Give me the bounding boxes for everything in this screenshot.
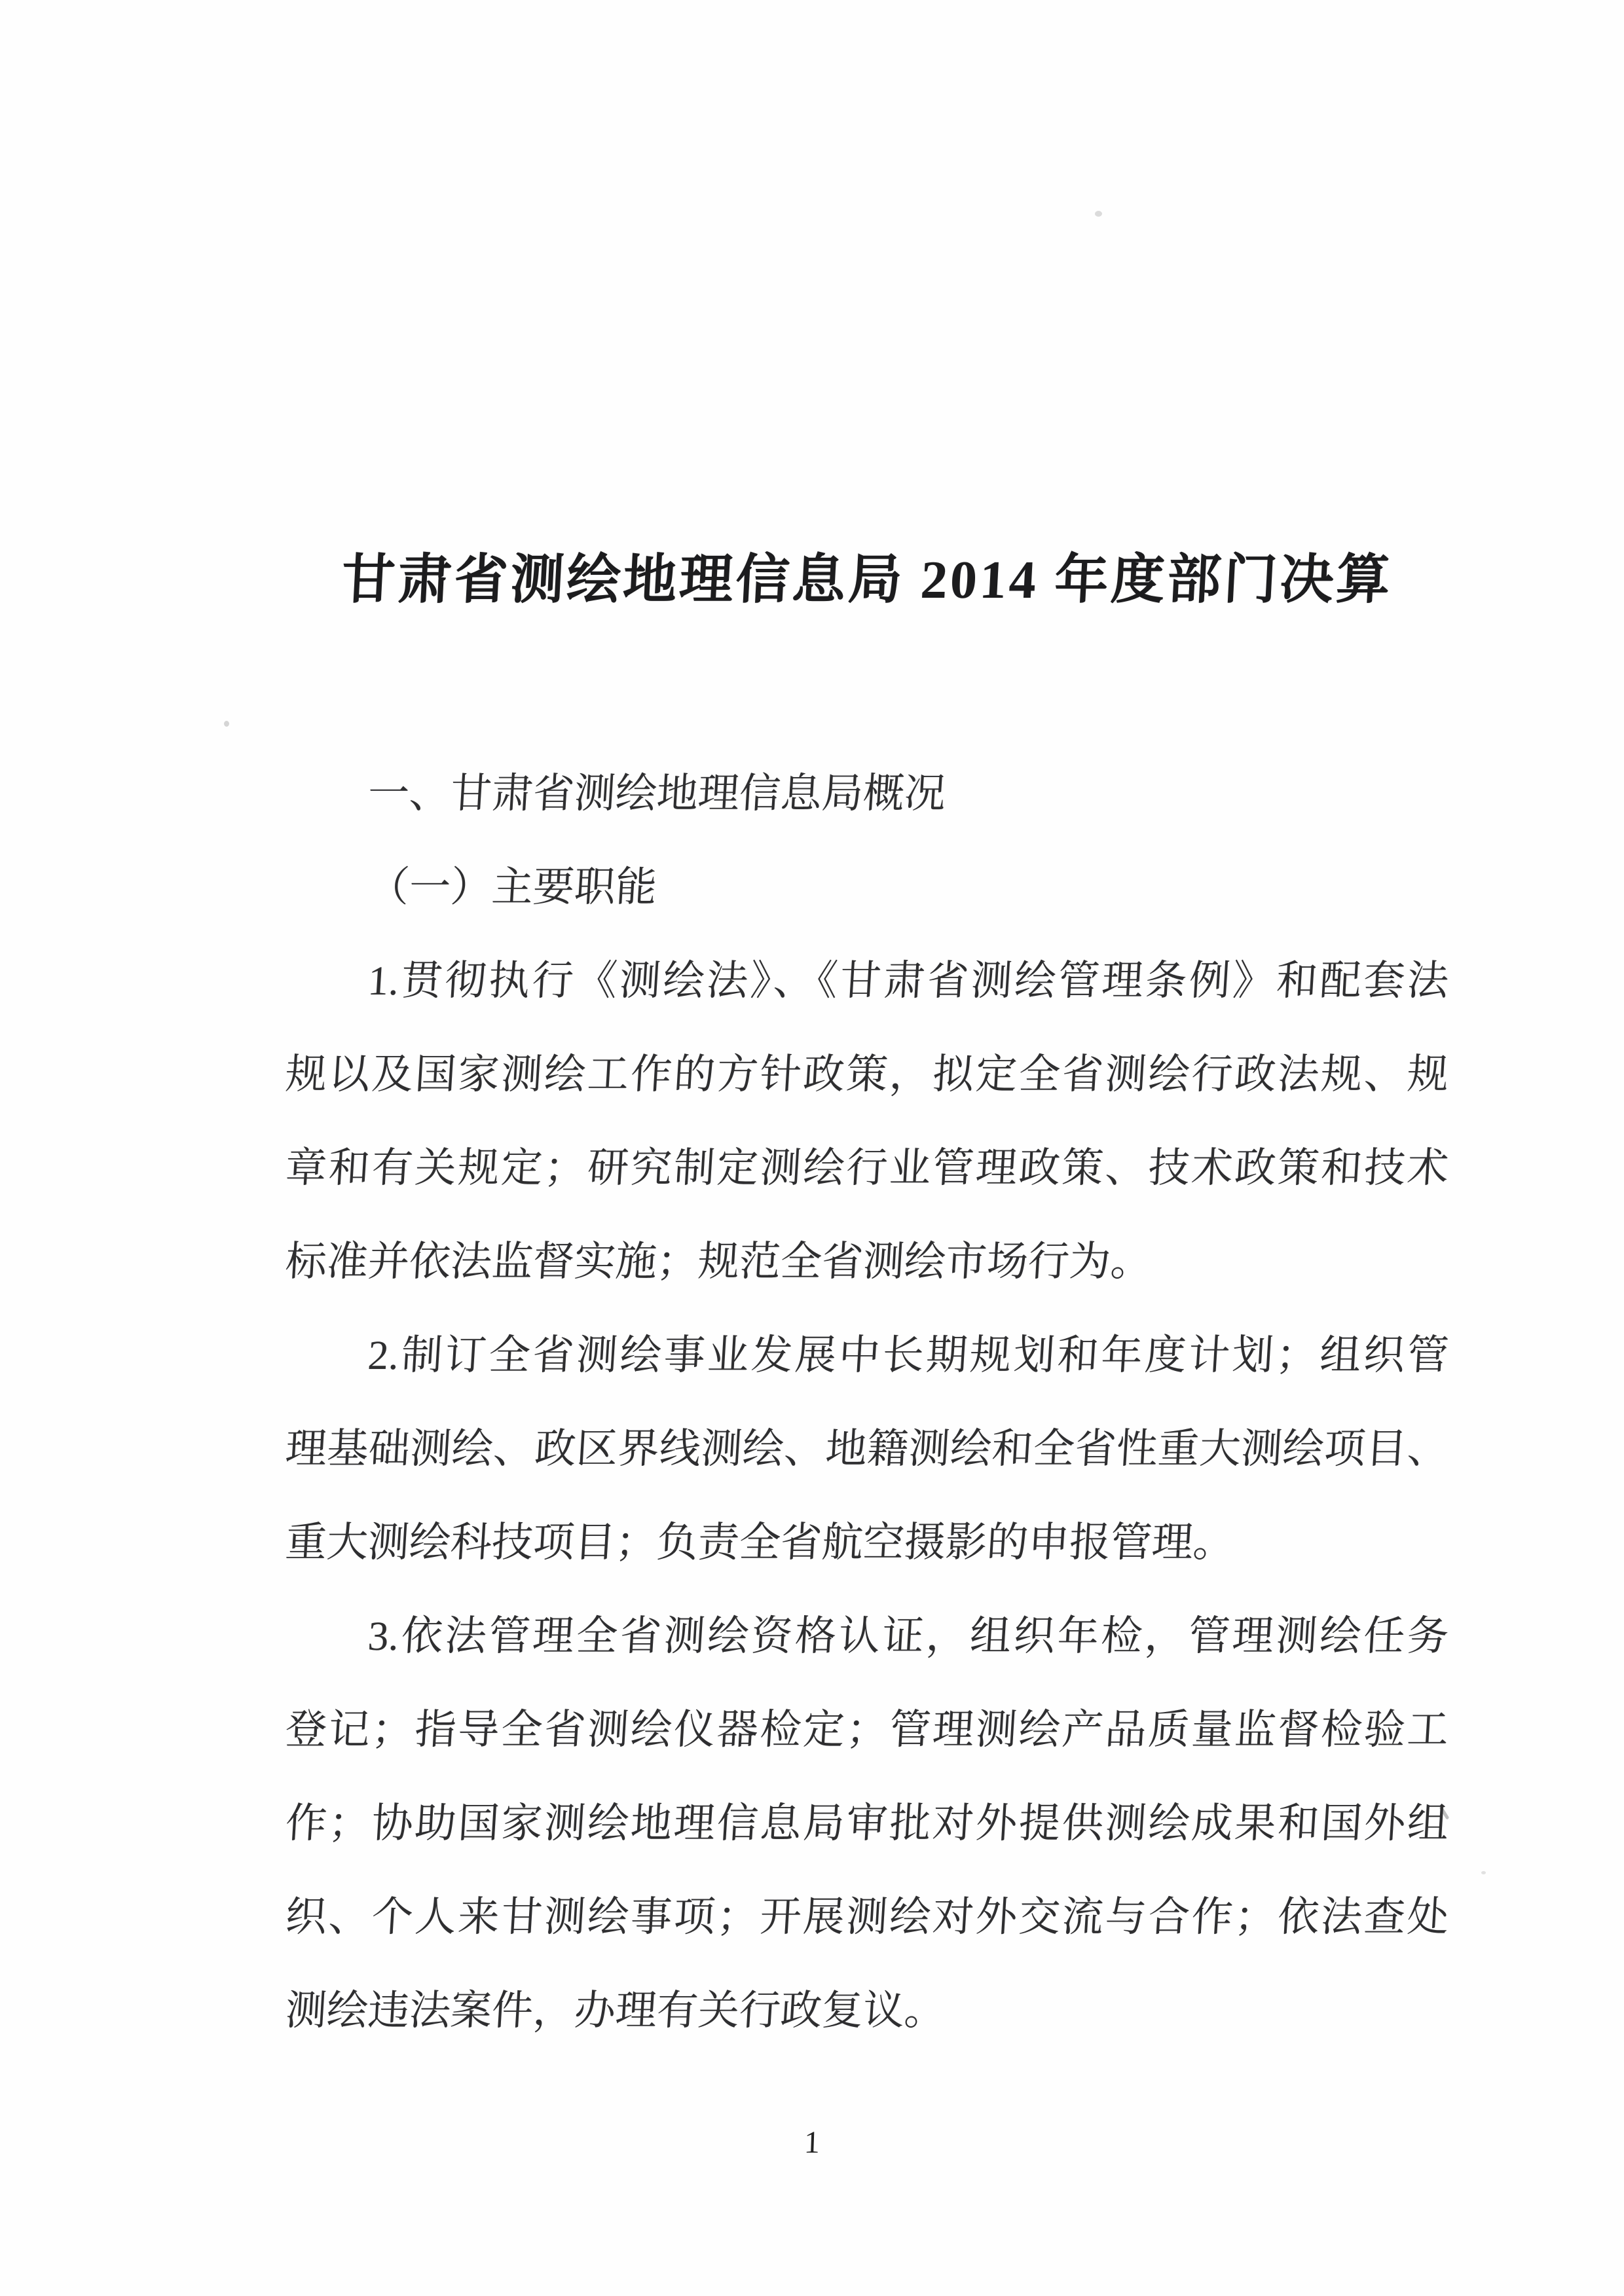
- body-line: 1.贯彻执行《测绘法》、《甘肃省测绘管理条例》和配套法: [283, 934, 1452, 1028]
- scan-artifact: [1095, 211, 1102, 217]
- body-line: 登记；指导全省测绘仪器检定；管理测绘产品质量监督检验工: [283, 1683, 1452, 1777]
- body-line: 3.依法管理全省测绘资格认证，组织年检，管理测绘任务: [283, 1590, 1452, 1683]
- document-page: 甘肃省测绘地理信息局 2014 年度部门决算 一、甘肃省测绘地理信息局概况 （一…: [0, 0, 1624, 2296]
- body-line: 理基础测绘、政区界线测绘、地籍测绘和全省性重大测绘项目、: [283, 1402, 1452, 1496]
- body-line: 规以及国家测绘工作的方针政策，拟定全省测绘行政法规、规: [283, 1028, 1452, 1121]
- body-line: 章和有关规定；研究制定测绘行业管理政策、技术政策和技术: [283, 1121, 1452, 1215]
- body-line: 标准并依法监督实施；规范全省测绘市场行为。: [283, 1215, 1452, 1309]
- body-line: 2.制订全省测绘事业发展中长期规划和年度计划；组织管: [283, 1309, 1452, 1402]
- body-line: 作；协助国家测绘地理信息局审批对外提供测绘成果和国外组: [283, 1777, 1452, 1870]
- body-line: 重大测绘科技项目；负责全省航空摄影的申报管理。: [283, 1496, 1452, 1590]
- subsection-heading: （一）主要职能: [283, 841, 1452, 934]
- scan-artifact: [1481, 1871, 1486, 1874]
- document-body: 一、甘肃省测绘地理信息局概况 （一）主要职能 1.贯彻执行《测绘法》、《甘肃省测…: [286, 747, 1449, 2058]
- section-heading: 一、甘肃省测绘地理信息局概况: [283, 747, 1452, 841]
- document-title: 甘肃省测绘地理信息局 2014 年度部门决算: [284, 541, 1450, 619]
- body-line: 测绘违法案件，办理有关行政复议。: [283, 1964, 1452, 2058]
- scan-artifact: [224, 721, 229, 727]
- page-number: 1: [0, 2120, 1624, 2166]
- body-line: 织、个人来甘测绘事项；开展测绘对外交流与合作；依法查处: [283, 1870, 1452, 1964]
